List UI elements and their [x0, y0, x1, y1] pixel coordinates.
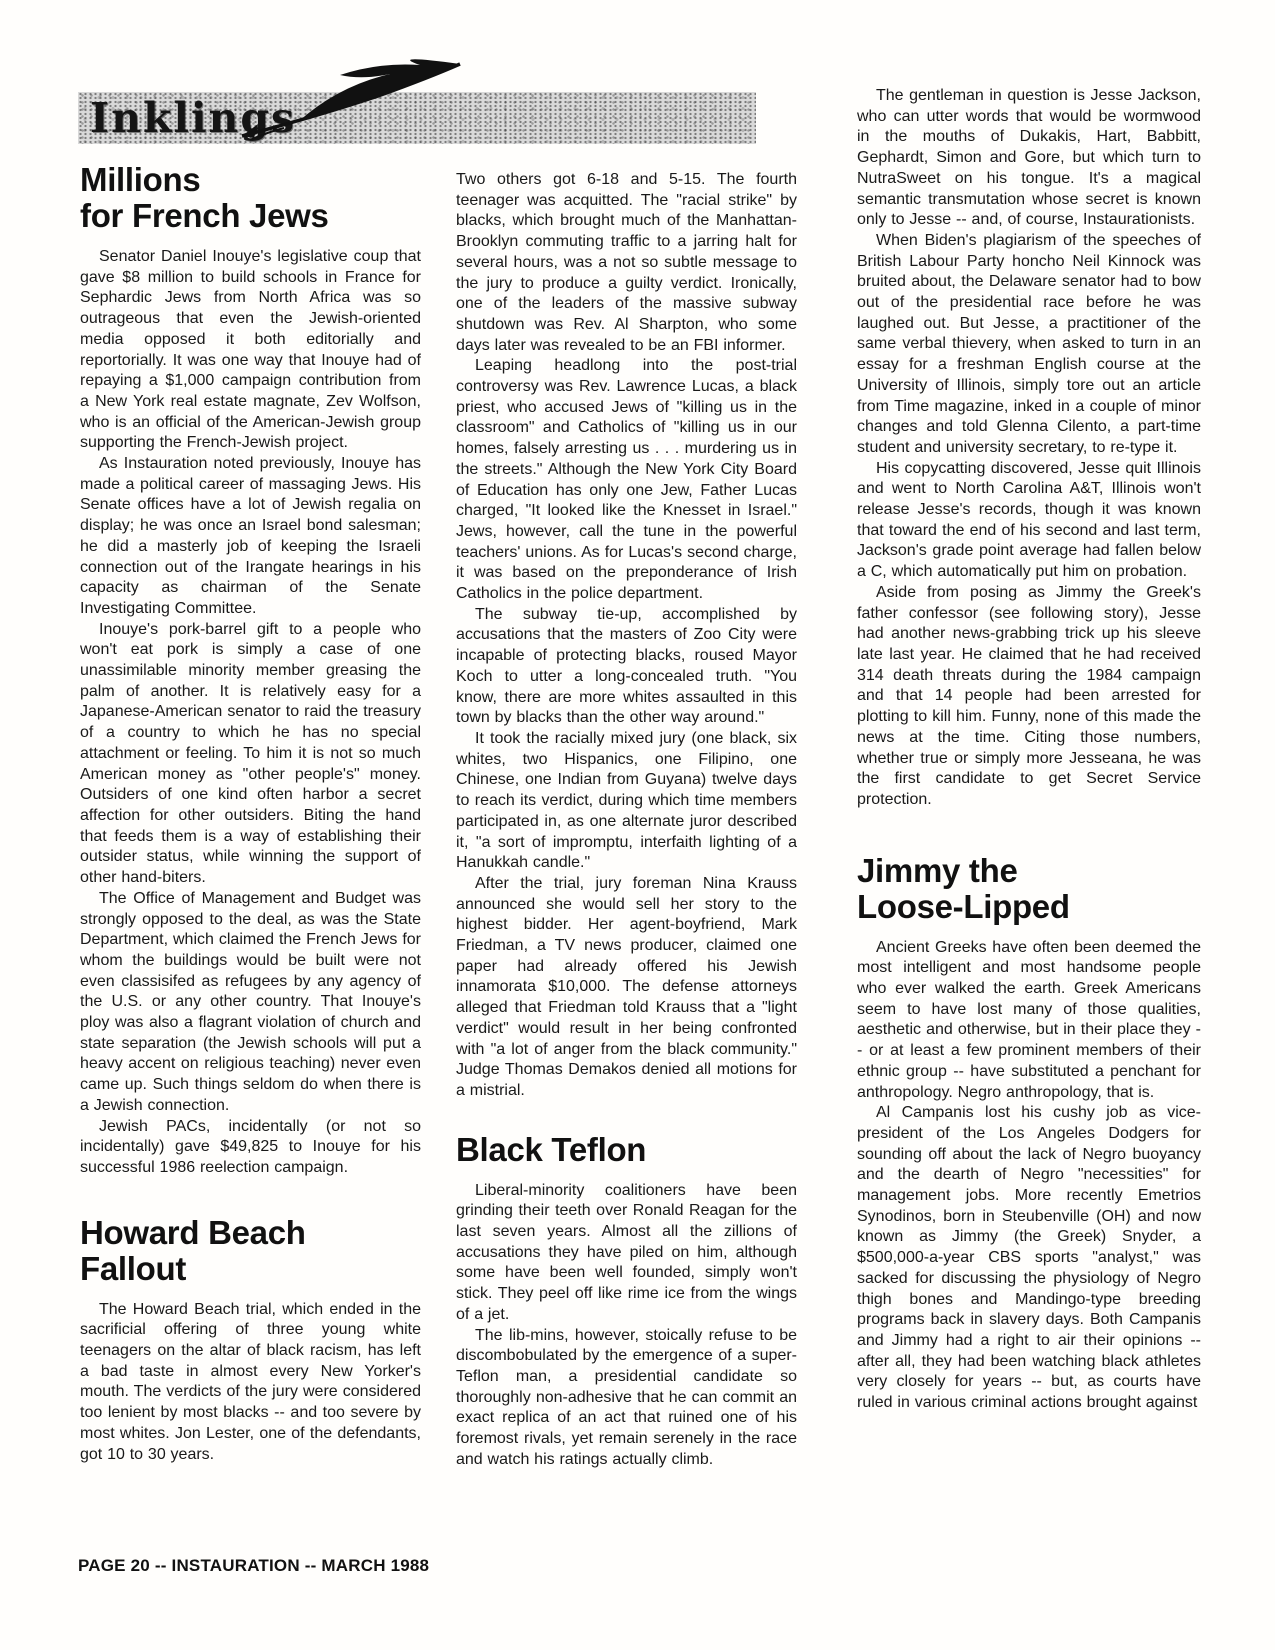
title-line: Fallout — [80, 1251, 421, 1287]
column-3: The gentleman in question is Jesse Jacks… — [857, 86, 1201, 1414]
paragraph: Liberal-minority coalitioners have been … — [456, 1181, 797, 1326]
paragraph: Ancient Greeks have often been deemed th… — [857, 938, 1201, 1104]
article-title-millions-for-french-jews: Millions for French Jews — [80, 162, 421, 234]
paragraph: Inouye's pork-barrel gift to a people wh… — [80, 620, 421, 889]
paragraph: The Howard Beach trial, which ended in t… — [80, 1300, 421, 1466]
paragraph: When Biden's plagiarism of the speeches … — [857, 231, 1201, 459]
column-2: Two others got 6-18 and 5-15. The fourth… — [456, 170, 797, 1470]
paragraph: It took the racially mixed jury (one bla… — [456, 729, 797, 874]
paragraph: Al Campanis lost his cushy job as vice-p… — [857, 1103, 1201, 1414]
title-line: Millions — [80, 162, 421, 198]
article-title-howard-beach-fallout: Howard Beach Fallout — [80, 1215, 421, 1287]
paragraph: The gentleman in question is Jesse Jacks… — [857, 86, 1201, 231]
paragraph: Leaping headlong into the post-trial con… — [456, 356, 797, 604]
inklings-banner: Inklings — [78, 92, 756, 144]
title-line: Howard Beach — [80, 1215, 421, 1251]
quill-pen-icon — [228, 58, 468, 146]
paragraph: The Office of Management and Budget was … — [80, 889, 421, 1117]
paragraph: Senator Daniel Inouye's legislative coup… — [80, 247, 421, 454]
paragraph: The subway tie-up, accomplished by accus… — [456, 605, 797, 729]
column-1: Millions for French Jews Senator Daniel … — [80, 162, 421, 1465]
paragraph-continued: Two others got 6-18 and 5-15. The fourth… — [456, 170, 797, 356]
article-title-black-teflon: Black Teflon — [456, 1132, 797, 1168]
magazine-page: Inklings Millions for French Jews Senato… — [0, 0, 1275, 1650]
title-line: for French Jews — [80, 198, 421, 234]
article-title-jimmy-the-loose-lipped: Jimmy the Loose-Lipped — [857, 853, 1201, 925]
paragraph: After the trial, jury foreman Nina Kraus… — [456, 874, 797, 1102]
title-line: Black Teflon — [456, 1132, 797, 1168]
paragraph: Aside from posing as Jimmy the Greek's f… — [857, 583, 1201, 811]
title-line: Loose-Lipped — [857, 889, 1201, 925]
paragraph: As Instauration noted previously, Inouye… — [80, 454, 421, 620]
page-footer: PAGE 20 -- INSTAURATION -- MARCH 1988 — [78, 1556, 429, 1576]
title-line: Jimmy the — [857, 853, 1201, 889]
paragraph: The lib-mins, however, stoically refuse … — [456, 1326, 797, 1471]
paragraph: His copycatting discovered, Jesse quit I… — [857, 459, 1201, 583]
paragraph: Jewish PACs, incidentally (or not so inc… — [80, 1117, 421, 1179]
